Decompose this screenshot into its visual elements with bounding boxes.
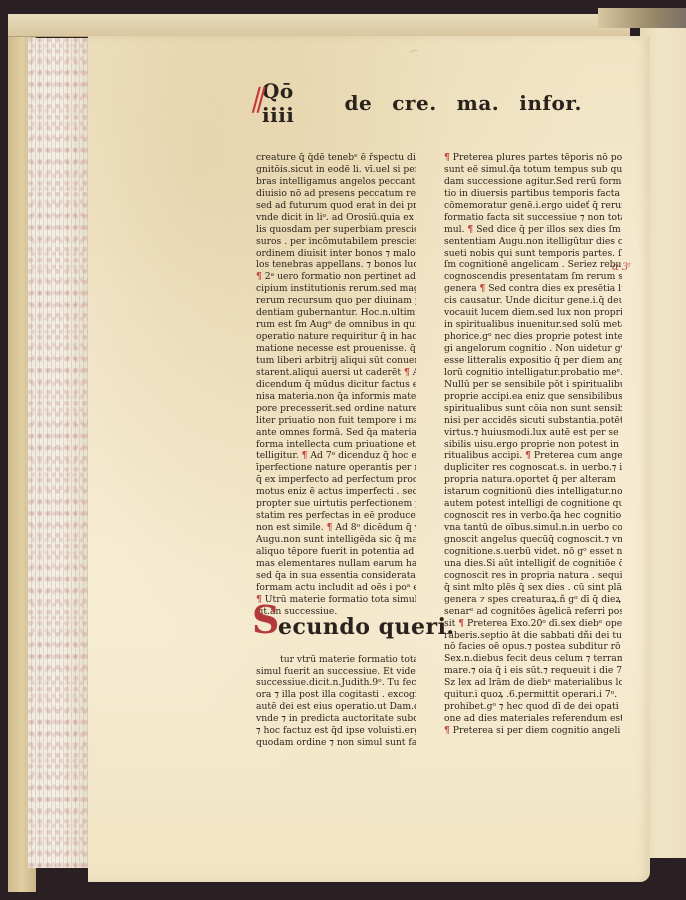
text-line: matione necesse est prouenisse. q̄a per … xyxy=(256,343,416,355)
text-line: vnde dicit in liᵒ. ad Orosiū.quia ex ang… xyxy=(256,212,416,224)
text-line: Nullū per se sensibile pōt i spiritualib… xyxy=(444,379,622,391)
text-line: nisa materia.non q̄a informis materia tē xyxy=(256,391,416,403)
text-line: sibilis uisu.ergo proprie non potest in … xyxy=(444,439,622,451)
text-line: ordinem diuisit inter bonos ⁊ malos. ma xyxy=(256,248,416,260)
text-line: cōmemoratur genē.i.ergo uideť q̄ reruz xyxy=(444,200,622,212)
right-text-block: ¶ Preterea plures partes tēporis nō poss… xyxy=(444,152,622,737)
text-line: cognoscit res in propria natura . sequiť xyxy=(444,570,622,582)
text-line: successiue.dicit.n.Judith.9ᵒ. Tu fecisti… xyxy=(256,677,416,689)
text-line: ⁊ hoc factuz est q̄d ipse voluisti.ergo … xyxy=(256,725,416,737)
header-word: ma. xyxy=(457,91,500,115)
book-cover-top-edge xyxy=(8,14,630,37)
text-line: gi angelorum cognitio . Non uidetur gᵒ xyxy=(444,343,622,355)
text-column-left: creature q̄ q̄dē tenebᵉ ē r̄spectu dine … xyxy=(256,152,416,749)
header-word: de xyxy=(345,91,373,115)
rubric-paragraph-mark-icon: ¶ xyxy=(525,450,531,461)
text-line: sed ad futurum quod erat in dei prescīa. xyxy=(256,200,416,212)
rubric-paragraph-mark-icon: ¶ xyxy=(256,271,262,282)
text-line: raberis.septio āt die sabbati dñi dei tu… xyxy=(444,630,622,642)
text-line: esse litteralis expositio q̄ per diem an… xyxy=(444,355,622,367)
text-line: cipium institutionis rerum.sed magis ad xyxy=(256,283,416,295)
text-line: Sex.n.diebus fecit deus celum ⁊ terram xyxy=(444,653,622,665)
text-line: sed q̄a in sua essentia considerata null… xyxy=(256,570,416,582)
text-line: cognitione.s.uerbū videt. nō gᵒ esset ni… xyxy=(444,546,622,558)
text-line: q̄ sint mlto plēs q̄ sex dies . cū sint … xyxy=(444,582,622,594)
text-line: mas elementares nullam earum habens. xyxy=(256,558,416,570)
text-column-right: ¶ Preterea plures partes tēporis nō poss… xyxy=(444,152,622,737)
rubric-paragraph-mark-icon: ¶ xyxy=(302,450,308,461)
left-text-block-2: tur vtrū materie formatio totasimul fuer… xyxy=(256,654,416,750)
text-line: dupliciter res cognoscat.s. in uerbo.⁊ i… xyxy=(444,462,622,474)
text-line: pore precesserit.sed ordine nature.⁊ sim… xyxy=(256,403,416,415)
text-line: cis causatur. Unde dicitur gene.i.q̄ deu… xyxy=(444,295,622,307)
text-line: operatio nature requiritur q̄ in hac for xyxy=(256,331,416,343)
text-line: dicendum q̄ mūdus dicitur factus ex in xyxy=(256,379,416,391)
text-line: cognoscit res in verbo.q̄a hec cognitio … xyxy=(444,510,622,522)
text-line: formatio facta sit successiue ⁊ non tota… xyxy=(444,212,622,224)
text-line: autem potest intelligi de cognitione qua xyxy=(444,498,622,510)
header-word: infor. xyxy=(519,91,582,115)
text-line: vna tantū de oībus.simul.n.in uerbo co- xyxy=(444,522,622,534)
text-line: creature q̄ q̄dē tenebᵉ ē r̄spectu dine … xyxy=(256,152,416,164)
text-line: autē dei est eius operatio.ut Dam.dicit … xyxy=(256,701,416,713)
text-line: liter priuatio non fuit tempore i materi… xyxy=(256,415,416,427)
illuminated-initial: S xyxy=(252,614,279,626)
text-line: in spiritualibus inuenitur.sed solū meta… xyxy=(444,319,622,331)
rubric-paragraph-mark-icon: ¶ xyxy=(444,152,450,163)
text-line: tur vtrū materie formatio tota xyxy=(256,654,416,666)
text-line: lorū cognitio intelligatur.probatio meᵉ. xyxy=(444,367,622,379)
text-line: Augu.non sunt intelligēda sic q̄ materia xyxy=(256,534,416,546)
text-line: bras intelligamus angelos peccantes.ista xyxy=(256,176,416,188)
text-line: sit ¶ Preterea Exo.20ᵒ dī.sex diebᵉ ope xyxy=(444,618,622,630)
text-line: simul fuerit an successiue. Et videtur q… xyxy=(256,666,416,678)
left-text-block-1: creature q̄ q̄dē tenebᵉ ē r̄spectu dine … xyxy=(256,152,416,618)
text-line: suros . per incōmutabilem prescientie su… xyxy=(256,236,416,248)
text-line: mare.⁊ oia q̄ i eis sūt.⁊ requeuit i die… xyxy=(444,665,622,677)
text-line: lis quosdam per superbiam prescicbat ca xyxy=(256,224,416,236)
text-line: virtus.⁊ huiusmodi.lux autē est per se s… xyxy=(444,427,622,439)
text-line: vocauit lucem diem.sed lux non proprie xyxy=(444,307,622,319)
text-line: dam successione agitur.Sed rerū forma- xyxy=(444,176,622,188)
text-line: propria natura.oportet q̄ per alteram xyxy=(444,474,622,486)
text-line: phorice.gᵒ nec dies proprie potest intel… xyxy=(444,331,622,343)
text-line: ſm cognitionē angelicam . Seriez rebus xyxy=(444,259,622,271)
text-line: ¶ Preterea plures partes tēporis nō pos xyxy=(444,152,622,164)
text-line: one ad dies materiales referendum est . xyxy=(444,713,622,725)
text-line: rum est ſm Augᵒ de omnibus in quibus xyxy=(256,319,416,331)
running-header: ∥ Qō iiii de cre. ma. infor. xyxy=(262,88,582,118)
text-line: sueti nobis qui sunt temporis partes. ſz xyxy=(444,248,622,260)
rubric-paragraph-mark-icon: ¶ xyxy=(479,283,485,294)
text-line: diuisio nō ad presens peccatum refertur: xyxy=(256,188,416,200)
page-edges-stack xyxy=(28,38,90,868)
text-line: quitur.i quoꝝ .6.permittit operari.i 7ᵒ. xyxy=(444,689,622,701)
rubric-paragraph-mark-icon: ¶ xyxy=(467,224,473,235)
rubric-paragraph-mark-icon: ¶ xyxy=(458,618,464,629)
text-line: vnde ⁊ in predicta auctoritate subditur … xyxy=(256,713,416,725)
text-line: Sz lex ad lrām de diebᵉ materialibus lo- xyxy=(444,677,622,689)
text-line: gnoscit angelus quecūq̄ cognoscit.⁊ vna xyxy=(444,534,622,546)
rubric-paragraph-mark-icon: ¶ xyxy=(444,725,450,736)
book-spine-corner xyxy=(598,8,686,28)
text-line: sententiam Augu.non itelligūtur dies cō xyxy=(444,236,622,248)
text-line: cognoscendis presentatam ſm rerum sex xyxy=(444,271,622,283)
text-line: motus eniz ē actus imperfecti . sed deus xyxy=(256,486,416,498)
text-line: prohibet.gᵒ ⁊ hec quod dī de dei opati xyxy=(444,701,622,713)
text-line: q̄ ex imperfecto ad perfectum procedit. xyxy=(256,474,416,486)
text-line: tum liberi arbitrij aliqui sūt conuersi … xyxy=(256,355,416,367)
text-line: forma intellecta cum priuatione etiam in xyxy=(256,439,416,451)
text-line: ¶ Preterea si per diem cognitio angeli xyxy=(444,725,622,737)
text-line: spiritualibus sunt cōia non sunt sensibi… xyxy=(444,403,622,415)
text-line: statim res perfectas in eē producere.⁊ i… xyxy=(256,510,416,522)
text-line: los tenebras appellans. ⁊ bonos lucem . xyxy=(256,259,416,271)
text-line: propter sue uirtutis perfectionem potuit xyxy=(256,498,416,510)
text-line: īperfectione nature operantis per motū xyxy=(256,462,416,474)
header-word: cre. xyxy=(392,91,436,115)
text-line: istarum cognitionū dies intelligatur.non xyxy=(444,486,622,498)
text-line: ante omnes formā. Sed q̄a materia abſq̄ xyxy=(256,427,416,439)
text-line: telligitur. ¶ Ad 7ᵒ dicenduz q̄ hoc est … xyxy=(256,450,416,462)
text-line: gnitōis.sicut in eodē li. vī.uel si per … xyxy=(256,164,416,176)
text-line: ¶ 2ᵃ uero formatio non pertinet ad prin xyxy=(256,271,416,283)
text-line: non est simile. ¶ Ad 8ᵒ dicēdum q̄ verba xyxy=(256,522,416,534)
text-line: quodam ordine ⁊ non simul sunt facte . xyxy=(256,737,416,749)
text-line: rerum recursum quo per diuinam proui xyxy=(256,295,416,307)
text-line: starent.aliqui auersi ut caderēt ¶ Ad 6ᵒ xyxy=(256,367,416,379)
rubric-paragraph-mark-icon: ¶ xyxy=(404,367,410,378)
text-line: una dies.Si aūt intelligiť de cognitiōe … xyxy=(444,558,622,570)
text-line: genera ¶ Sed contra dies ex presētia lu xyxy=(444,283,622,295)
text-line: formam actu includit ad oēs i poᵃ exñs. xyxy=(256,582,416,594)
rubric-paragraph-mark-icon: ¶ xyxy=(327,522,333,533)
text-line: genera ⁊ spes creaturaꝝ.ñ gᵒ dī q̄ dieꝝ xyxy=(444,594,622,606)
header-word: Qō iiii xyxy=(262,79,325,127)
text-line: mul. ¶ Sed dice q̄ per illos sex dies ſm xyxy=(444,224,622,236)
text-line: nō facies oē opus.⁊ postea subditur rō : xyxy=(444,641,622,653)
section-heading-text: ecundo queri. xyxy=(278,622,455,634)
text-line: sunt eē simul.q̄a totum tempus sub qua- xyxy=(444,164,622,176)
text-line: ora ⁊ illa post illa cogitasti . excogit… xyxy=(256,689,416,701)
section-heading: S ecundo queri. xyxy=(256,618,416,654)
text-line: ¶ Utrū materie formatio tota simul fue- xyxy=(256,594,416,606)
text-line: dentiam gubernantur. Hoc.n.ultimū ve- xyxy=(256,307,416,319)
text-line: ritualibus accipi. ¶ Preterea cum angelᵉ xyxy=(444,450,622,462)
text-line: aliquo tēpore fuerit in potentia ad for- xyxy=(256,546,416,558)
text-line: senarᵉ ad cognitōes āgelicā referri pos xyxy=(444,606,622,618)
text-line: tio in diuersis partibus temporis facta xyxy=(444,188,622,200)
text-line: nisi per accidēs sicuti substantia.potēt… xyxy=(444,415,622,427)
text-line: proprie accipi.ea eniz que sensibilibus … xyxy=(444,391,622,403)
